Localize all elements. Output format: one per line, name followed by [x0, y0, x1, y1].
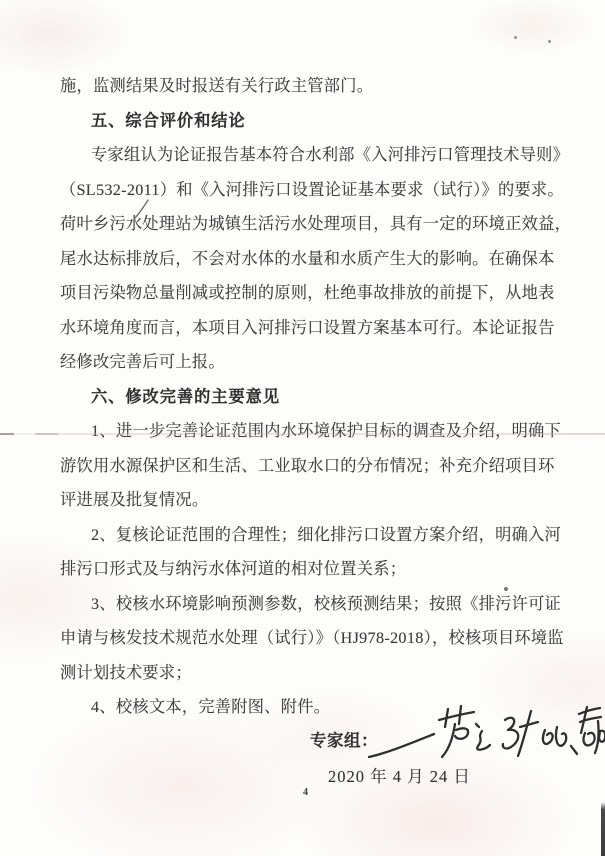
text-line: 评进展及批复情况。: [60, 483, 544, 518]
scan-speck: [548, 40, 551, 43]
text-line: 申请与核发技术规范水处理（试行）》（HJ978-2018），校核项目环境监: [60, 621, 544, 656]
scanned-document-page: 施，监测结果及时报送有关行政主管部门。 五、综合评价和结论 专家组认为论证报告基…: [0, 0, 605, 856]
date-line: 2020 年 4 月 24 日: [328, 763, 471, 787]
text-line: 尾水达标排放后，不会对水体的水量和水质产生大的影响。在确保本: [60, 242, 544, 277]
document-body: 施，监测结果及时报送有关行政主管部门。 五、综合评价和结论 专家组认为论证报告基…: [60, 69, 544, 725]
stray-pen-mark: [130, 196, 154, 222]
scan-speck: [514, 36, 517, 39]
scan-crease-line: [0, 433, 605, 435]
text-line: 经修改完善后可上报。: [60, 345, 544, 380]
scan-edge-shadow: [601, 802, 605, 856]
scan-speck: [504, 587, 508, 591]
page-number: 4: [303, 787, 308, 798]
text-line: 游饮用水源保护区和生活、工业取水口的分布情况；补充介绍项目环: [60, 449, 544, 484]
text-line: 水环境角度而言，本项目入河排污口设置方案基本可行。本论证报告: [60, 311, 544, 346]
text-line: 专家组认为论证报告基本符合水利部《入河排污口管理技术导则》: [60, 138, 544, 173]
section-heading-5: 五、综合评价和结论: [60, 104, 544, 139]
handwritten-signatures: [355, 700, 605, 772]
text-line: 排污口形式及与纳污水体河道的相对位置关系；: [60, 552, 544, 587]
section-heading-6: 六、修改完善的主要意见: [60, 380, 544, 415]
text-line: 3、校核水环境影响预测参数，校核预测结果；按照《排污许可证: [60, 587, 544, 622]
text-line: 项目污染物总量削减或控制的原则，杜绝事故排放的前提下，从地表: [60, 276, 544, 311]
text-line: 施，监测结果及时报送有关行政主管部门。: [60, 69, 544, 104]
text-line: 2、复核论证范围的合理性；细化排污口设置方案介绍，明确入河: [60, 518, 544, 553]
text-line: 1、进一步完善论证范围内水环境保护目标的调查及介绍，明确下: [60, 414, 544, 449]
text-line: 测计划技术要求；: [60, 656, 544, 691]
